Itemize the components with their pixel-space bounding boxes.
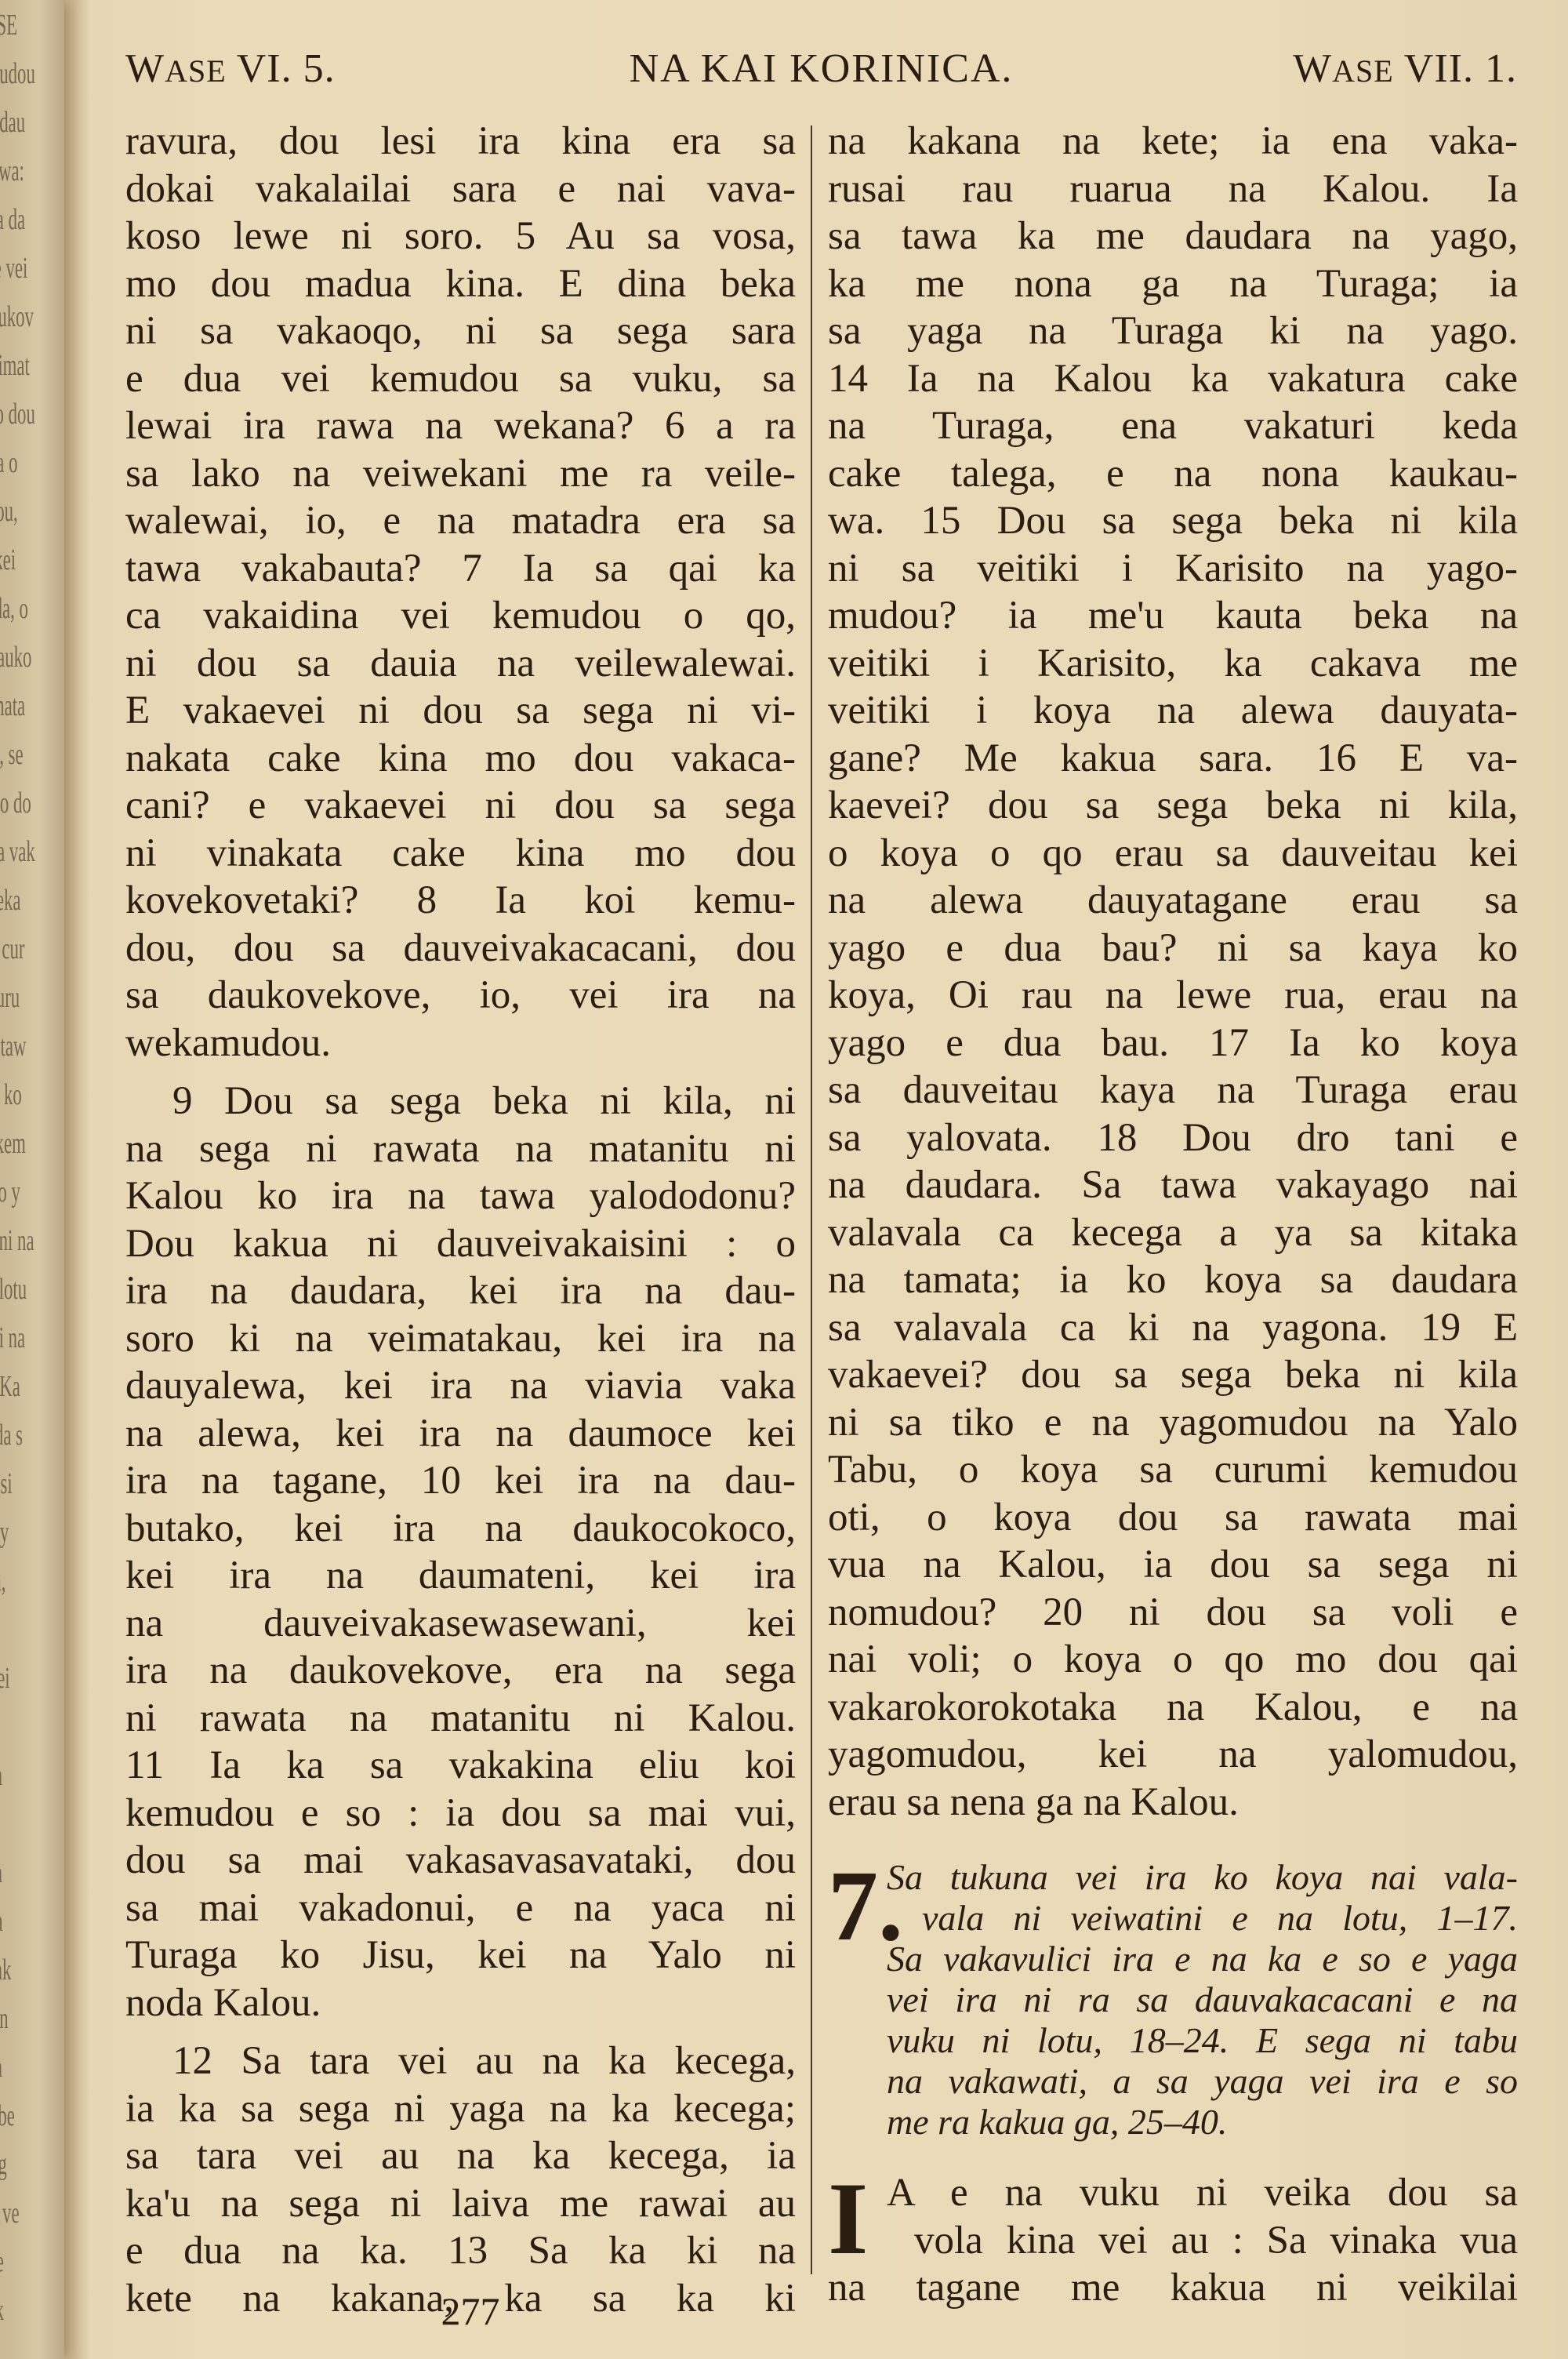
text-line: sa yaga na Turaga ki na yago.: [828, 307, 1518, 355]
text-line: veitiki i Karisito, ka cakava me: [828, 640, 1518, 688]
text-line: lewai ira rawa na wekana? 6 a ra: [125, 402, 796, 450]
text-line: sa tara vei au na ka kecega, ia: [125, 2132, 796, 2180]
previous-page-text-fragment: ne r: [0, 1710, 39, 1744]
previous-page-text-fragment: cana,: [0, 1564, 39, 1598]
text-line: vala ni veiwatini e na lotu, 1–17.: [828, 1898, 1518, 1939]
text-line: na alewa dauyatagane erau sa: [828, 877, 1518, 925]
text-line: sa valavala ca ki na yagona. 19 E: [828, 1304, 1518, 1352]
text-line: walewai, io, e na matadra era sa: [125, 497, 796, 545]
text-line: na sega ni rawata na matanitu ni: [125, 1125, 796, 1173]
text-line: kemudou e so : ia dou sa mai vui,: [125, 1790, 796, 1837]
text-line: dou, dou sa dauveivakacacani, dou: [125, 925, 796, 972]
text-line: na dauveivakasewasewani, kei: [125, 1600, 796, 1648]
text-line: kei ira na daumateni, kei ira: [125, 1552, 796, 1600]
text-line: 14 Ia na Kalou ka vakatura cake: [828, 355, 1518, 403]
previous-page-text-fragment: Karisi: [0, 1467, 39, 1501]
text-line: ka'u na sega ni laiva me rawai au: [125, 2180, 796, 2228]
column-divider: [811, 125, 812, 2274]
text-line: ka me nona ga na Turaga; ia: [828, 260, 1518, 308]
text-line: soro ki na veimatakau, kei ira na: [125, 1315, 796, 1363]
text-line: vuku ni lotu, 18–24. E sega ni tabu: [828, 2020, 1518, 2061]
text-line: me ra kakua ga, 25–40.: [828, 2102, 1518, 2143]
text-line: ira na daukovekove, era na sega: [125, 1647, 796, 1695]
text-line: noda Kalou.: [125, 1979, 796, 2027]
previous-page-text-fragment: na ag: [0, 2147, 39, 2182]
text-line: Dou kakua ni dauveivakaisini : o: [125, 1220, 796, 1268]
previous-page-text-fragment: sa curu: [0, 980, 39, 1015]
chapter-body: IA e na vuku ni veika dou savola kina ve…: [828, 2169, 1518, 2312]
previous-page-text-fragment: ata kei: [0, 543, 39, 577]
text-line: ia ka sa sega ni yaga na ka kecega;: [125, 2085, 796, 2133]
text-line: na alewa, kei ira na daumoce kei: [125, 1410, 796, 1458]
text-line: Turaga ko Jisu, kei na Yalo ni: [125, 1932, 796, 1979]
previous-page-edge: WASEkemudoua ni dauyalewa:ra na dao, se …: [0, 0, 64, 2359]
text-line: ni sa tiko e na yagomudou na Yalo: [828, 1399, 1518, 1447]
text-line: vakaevei? dou sa sega beka ni kila: [828, 1351, 1518, 1399]
previous-page-text-fragment: se dauko: [0, 640, 39, 674]
text-line: tawa vakabauta? 7 Ia sa qai ka: [125, 545, 796, 593]
text-line: ni rawata na matanitu ni Kalou.: [125, 1695, 796, 1743]
text-line: sa tawa ka me daudara na yago,: [828, 213, 1518, 260]
chapter-summary: 7.Sa tukuna vei ira ko koya nai vala-val…: [828, 1857, 1518, 2143]
text-line: yago e dua bau. 17 Ia ko koya: [828, 1020, 1518, 1067]
text-line: cake talega, e na nona kaukau-: [828, 450, 1518, 498]
previous-page-text-fragment: kemudou: [0, 56, 39, 91]
previous-page-text-fragment: a daukov: [0, 300, 39, 334]
text-line: vakarokorokotaka na Kalou, e na: [828, 1684, 1518, 1732]
text-line: Sa vakavulici ira e na ka e so e yaga: [828, 1939, 1518, 1979]
text-line: sa daukovekove, io, vei ira na: [125, 972, 796, 1020]
previous-page-text-fragment: veimata: [0, 689, 39, 723]
text-line: na tagane me kakua ni veikilai: [828, 2264, 1518, 2312]
previous-page-text-fragment: WASE: [0, 8, 39, 42]
previous-page-text-fragment: a ni Ka: [0, 1369, 39, 1404]
previous-page-text-fragment: nua lotu: [0, 1272, 39, 1307]
text-line: Tabu, o koya sa curumi kemudou: [828, 1446, 1518, 1494]
previous-page-text-fragment: a sa taw: [0, 1029, 39, 1063]
text-line: butako, kei ira na daukocokoco,: [125, 1505, 796, 1553]
previous-page-text-fragment: ei in: [0, 1807, 39, 1841]
text-line: ni dou sa dauia na veilewalewai.: [125, 640, 796, 688]
text-line: e dua vei kemudou sa vuku, sa: [125, 355, 796, 403]
previous-page-text-fragment: vani, se: [0, 737, 39, 772]
text-line: na Turaga, ena vakaturi keda: [828, 402, 1518, 450]
previous-page-text-fragment: 11 Ia o: [0, 445, 39, 480]
text-line: sa yalovata. 18 Dou dro tani e: [828, 1114, 1518, 1162]
text-line: A e na vuku ni veika dou sa: [828, 2169, 1518, 2217]
text-line: mo dou madua kina. E dina beka: [125, 260, 796, 308]
text-line: cani? e vakaevei ni dou sa sega: [125, 782, 796, 830]
previous-page-text-fragment: n. O ko: [0, 1078, 39, 1112]
text-line: ni sa vakaoqo, ni sa sega sara: [125, 307, 796, 355]
previous-page-text-fragment: ekada, o: [0, 591, 39, 626]
text-line: 11 Ia ka sa vakakina eliu koi: [125, 1742, 796, 1790]
left-column: ravura, dou lesi ira kina era sadokai va…: [125, 118, 796, 2322]
text-line: Sa tukuna vei ira ko koya nai vala-: [828, 1857, 1518, 1898]
text-line: ni vinakata cake kina mo dou: [125, 830, 796, 878]
text-line: ca vakaidina vei kemudou o qo,: [125, 592, 796, 640]
text-line: koya, Oi rau na lewe rua, erau na: [828, 972, 1518, 1020]
previous-page-text-fragment: lewa: [0, 2050, 39, 2085]
previous-page-text-fragment: na ni na: [0, 1321, 39, 1355]
text-line: Kalou ko ira na tawa yalododonu?: [125, 1172, 796, 1220]
text-line: mudou? ia me'u kauta beka na: [828, 592, 1518, 640]
text-line: dauyalewa, kei ira na viavia vaka: [125, 1362, 796, 1410]
previous-page-text-fragment: i vak: [0, 2293, 39, 2328]
text-line: koso lewe ni soro. 5 Au sa vosa,: [125, 213, 796, 260]
previous-page-text-fragment: vei kem: [0, 1126, 39, 1161]
text-line: wa. 15 Dou sa sega beka ni kila: [828, 497, 1518, 545]
previous-page-text-fragment: Ia ke: [0, 2245, 39, 2279]
text-line: ni sa veitiki i Karisito na yago-: [828, 545, 1518, 593]
text-line: e dua na ka. 13 Sa ka ki na: [125, 2227, 796, 2275]
chapter-number: 7.: [828, 1859, 903, 1953]
running-head-right: WASE VII. 1.: [1293, 45, 1517, 92]
text-line: ira na tagane, 10 kei ira na dau-: [125, 1457, 796, 1505]
text-line: gane? Me kakua sara. 16 E va-: [828, 735, 1518, 783]
text-line: dou sa mai vakasavasavataki, dou: [125, 1837, 796, 1885]
right-column: na kakana na kete; ia ena vaka-rusai rau…: [828, 118, 1518, 2312]
previous-page-text-fragment: e: mo do: [0, 786, 39, 820]
previous-page-text-fragment: yalewa:: [0, 154, 39, 188]
text-line: oti, o koya dou sa rawata mai: [828, 1494, 1518, 1542]
text-line: dokai vakalailai sara e nai vava-: [125, 165, 796, 213]
text-line: ira na daudara, kei ira na dau-: [125, 1267, 796, 1315]
running-head: WASE VI. 5. NA KAI KORINICA. WASE VII. 1…: [125, 45, 1517, 100]
previous-page-text-fragment: a ni dau: [0, 105, 39, 140]
previous-page-text-fragment: ravan: [0, 2001, 39, 2036]
text-line: valavala ca kecega a ya sa kitaka: [828, 1209, 1518, 1257]
text-line: na daudara. Sa tawa vakayago nai: [828, 1161, 1518, 1209]
previous-page-text-fragment: a mo dou: [0, 397, 39, 431]
previous-page-text-fragment: ai va: [0, 1904, 39, 1939]
text-line: na kakana na kete; ia ena vaka-: [828, 118, 1518, 165]
text-line: E vakaevei ni dou sa sega ni vi-: [125, 687, 796, 735]
text-line: vei ira ni ra sa dauvakacacani e na: [828, 1979, 1518, 2020]
previous-page-text-fragment: oya ni na: [0, 1223, 39, 1258]
paragraph-gap: [125, 1067, 796, 1078]
text-line: kaevei? dou sa sega beka ni kila,: [828, 782, 1518, 830]
text-line: na vakawati, a sa yaga vei ira e so: [828, 2061, 1518, 2102]
previous-page-text-fragment: a na ve: [0, 2196, 39, 2230]
previous-page-text-fragment: tawa: [0, 1758, 39, 1793]
previous-page-text-fragment: sa vei: [0, 1661, 39, 1696]
previous-page-text-fragment: a veimat: [0, 348, 39, 383]
previous-page-text-fragment: keu: [0, 1612, 39, 1647]
drop-cap: I: [828, 2172, 868, 2265]
previous-page-text-fragment: ya sa vak: [0, 834, 39, 869]
previous-page-text-fragment: agoda s: [0, 1418, 39, 1452]
text-line: 9 Dou sa sega beka ni kila, ni: [125, 1078, 796, 1125]
text-line: rusai rau ruarua na Kalou. Ia: [828, 165, 1518, 213]
previous-page-text-fragment: ega be: [0, 2099, 39, 2133]
text-line: nakata cake kina mo dou vakaca-: [125, 735, 796, 783]
text-line: erau sa nena ga na Kalou.: [828, 1779, 1518, 1826]
previous-page-text-fragment: ra na da: [0, 202, 39, 237]
text-line: 12 Sa tara vei au na ka kecega,: [125, 2037, 796, 2085]
page-number: 277: [423, 2288, 517, 2334]
paragraph-gap: [125, 2026, 796, 2037]
text-line: yagomudou, kei na yalomudou,: [828, 1731, 1518, 1779]
previous-page-text-fragment: o koy: [0, 1515, 39, 1550]
previous-page-text-fragment: kevak: [0, 1953, 39, 1987]
text-line: sa dauveitau kaya na Turaga erau: [828, 1067, 1518, 1114]
text-line: ravura, dou lesi ira kina era sa: [125, 118, 796, 165]
text-line: kovekovetaki? 8 Ia koi kemu-: [125, 877, 796, 925]
text-line: o koya o qo erau sa dauveitau kei: [828, 830, 1518, 878]
text-line: nomudou? 20 ni dou sa voli e: [828, 1589, 1518, 1637]
text-line: sa lako na veiwekani me ra veile-: [125, 450, 796, 498]
text-line: na tamata; ia ko koya sa daudara: [828, 1256, 1518, 1304]
text-line: yago e dua bau? ni sa kaya ko: [828, 925, 1518, 972]
text-line: vua na Kalou, ia dou sa sega ni: [828, 1541, 1518, 1589]
previous-page-text-fragment: vi beka: [0, 883, 39, 918]
previous-page-text-fragment: nudou,: [0, 494, 39, 529]
text-line: wekamudou.: [125, 1020, 796, 1067]
previous-page-text-fragment: ca ko y: [0, 1175, 39, 1209]
previous-page-text-fragment: awa cur: [0, 932, 39, 966]
previous-page-text-fragment: o, se vei: [0, 251, 39, 285]
text-line: vola kina vei au : Sa vinaka vua: [828, 2217, 1518, 2265]
text-line: nai voli; o koya o qo mo dou qai: [828, 1636, 1518, 1684]
text-line: sa mai vakadonui, e na yaca ni: [125, 1885, 796, 1932]
previous-page-text-fragment: beka: [0, 1856, 39, 1890]
text-line: veitiki i koya na alewa dauyata-: [828, 687, 1518, 735]
